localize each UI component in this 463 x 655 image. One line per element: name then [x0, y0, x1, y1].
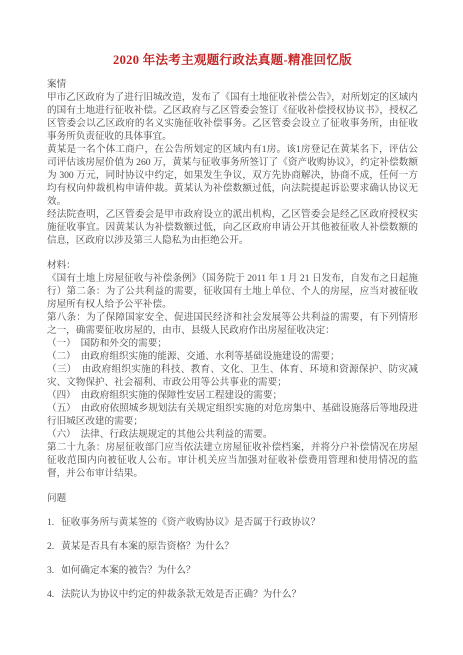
page-title: 2020 年法考主观题行政法真题-精准回忆版 — [47, 52, 418, 68]
question-text: 征收事务所与黄某签的《资产收购协议》是否属于行政协议？ — [61, 516, 418, 529]
question-number: 3. — [47, 564, 54, 577]
question-number: 2. — [47, 540, 54, 553]
question-text: 如何确定本案的被告？为什么？ — [61, 564, 418, 577]
question-text: 黄某是否具有本案的原告资格？为什么？ — [61, 540, 418, 553]
question-item-3: 3. 如何确定本案的被告？为什么？ — [47, 564, 418, 577]
question-number: 1. — [47, 516, 54, 529]
question-item-4: 4. 法院认为协议中约定的仲裁条款无效是否正确？为什么？ — [47, 588, 418, 601]
materials-item-5: （五） 由政府依照城乡规划法有关规定组织实施的对危房集中、基础设施落后等地段进行… — [47, 402, 418, 428]
case-paragraph-2: 黄某是一名个体工商户，在公告所划定的区域内有1房。该1房登记在黄某名下，评估公司… — [47, 143, 418, 208]
question-item-1: 1. 征收事务所与黄某签的《资产收购协议》是否属于行政协议？ — [47, 516, 418, 529]
questions-section: 问题 1. 征收事务所与黄某签的《资产收购协议》是否属于行政协议？ 2. 黄某是… — [47, 492, 418, 601]
document-page: 2020 年法考主观题行政法真题-精准回忆版 案情 甲市乙区政府为了进行旧城改造… — [0, 0, 463, 655]
materials-section: 材料： 《国有土地上房屋征收与补偿条例》（国务院于 2011 年 1 月 21 … — [47, 259, 418, 480]
case-heading: 案情 — [47, 78, 418, 91]
materials-heading: 材料： — [47, 259, 418, 272]
materials-item-3: （三） 由政府组织实施的科技、教育、文化、卫生、体育、环境和资源保护、防灾减灾、… — [47, 363, 418, 389]
materials-item-6: （六） 法律、行政法规规定的其他公共利益的需要。 — [47, 428, 418, 441]
question-item-2: 2. 黄某是否具有本案的原告资格？为什么？ — [47, 540, 418, 553]
materials-item-1: （一） 国防和外交的需要； — [47, 337, 418, 350]
case-paragraph-3: 经法院查明，乙区管委会是甲市政府设立的派出机构，乙区管委会是经乙区政府授权实施征… — [47, 208, 418, 247]
materials-intro: 《国有土地上房屋征收与补偿条例》（国务院于 2011 年 1 月 21 日发布，… — [47, 272, 418, 311]
case-section: 案情 甲市乙区政府为了进行旧城改造，发布了《国有土地征收补偿公告》，对所划定的区… — [47, 78, 418, 247]
questions-heading: 问题 — [47, 492, 418, 505]
materials-article29: 第二十九条：房屋征收部门应当依法建立房屋征收补偿档案，并将分户补偿情况在房屋征收… — [47, 441, 418, 480]
materials-item-2: （二） 由政府组织实施的能源、交通、水利等基础设施建设的需要； — [47, 350, 418, 363]
case-paragraph-1: 甲市乙区政府为了进行旧城改造，发布了《国有土地征收补偿公告》，对所划定的区域内的… — [47, 91, 418, 143]
materials-item-4: （四） 由政府组织实施的保障性安居工程建设的需要； — [47, 389, 418, 402]
question-text: 法院认为协议中约定的仲裁条款无效是否正确？为什么？ — [61, 588, 418, 601]
question-number: 4. — [47, 588, 54, 601]
materials-article8: 第八条：为了保障国家安全、促进国民经济和社会发展等公共利益的需要，有下列情形之一… — [47, 311, 418, 337]
